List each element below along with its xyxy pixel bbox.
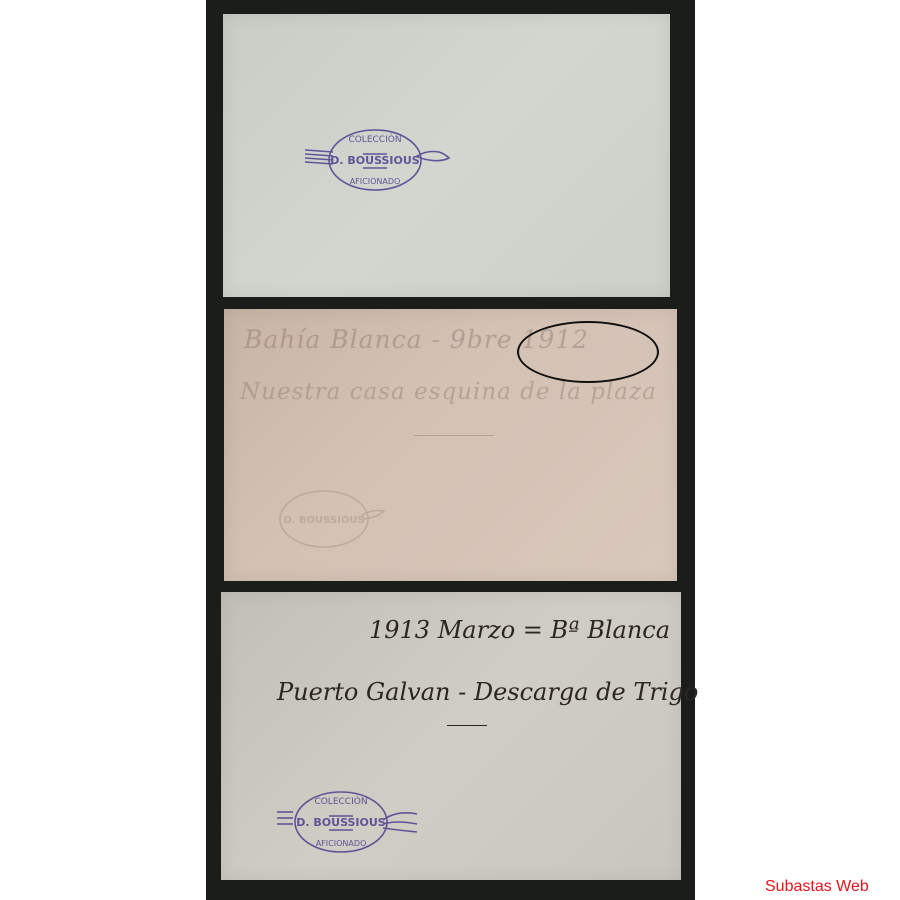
handwritten-line: Puerto Galvan - Descarga de Trigo [277,678,698,706]
handwritten-underline [447,725,487,726]
collection-stamp: COLECCIÓN D. BOUSSIOUS AFICIONADO [271,782,431,862]
postcard-back-3: 1913 Marzo = Bª Blanca Puerto Galvan - D… [221,592,681,880]
postcard-back-2: Bahía Blanca - 9bre 1912 Nuestra casa es… [224,309,677,581]
handwritten-underline [414,435,494,436]
stamp-bottom-text: AFICIONADO [350,177,401,186]
collection-stamp: COLECCIÓN D. BOUSSIOUS AFICIONADO [305,120,455,200]
date-highlight-ellipse [517,321,659,383]
stamp-name-text: D. BOUSSIOUS [296,816,386,829]
stamp-name-text: D. BOUSSIOUS [283,515,364,526]
stamp-bottom-text: AFICIONADO [316,839,367,848]
stamp-top-text: COLECCIÓN [314,795,367,807]
stamp-top-text: COLECCIÓN [348,133,401,145]
handwritten-line: Nuestra casa esquina de la plaza [240,379,657,405]
site-watermark: Subastas Web [765,878,869,896]
postcard-back-1: COLECCIÓN D. BOUSSIOUS AFICIONADO [223,14,670,297]
collection-stamp-faded: D. BOUSSIOUS [264,481,394,556]
stamp-name-text: D. BOUSSIOUS [330,154,420,167]
handwritten-line: 1913 Marzo = Bª Blanca [369,616,670,644]
